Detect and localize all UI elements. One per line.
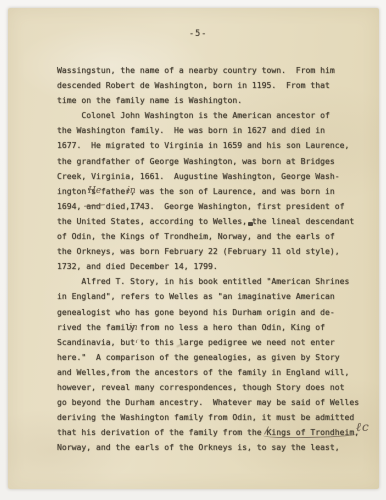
typed-line: 1732, and died December 14, 1799. [57, 259, 373, 274]
typed-text-block: Wassingstun, the name of a nearby countr… [57, 63, 373, 455]
typed-line: deriving the Washington family from Odin… [57, 410, 373, 425]
page-number: -5- [189, 29, 207, 39]
typed-line: Norway, and the earls of the Orkneys is,… [57, 440, 373, 455]
typed-line: the United States, according to Welles, … [57, 214, 373, 229]
typed-line: the grandfather of George Washington, wa… [57, 154, 373, 169]
handwritten-in-insertion-but: in [129, 324, 138, 333]
typed-line: Colonel John Washington is the American … [57, 108, 373, 123]
typed-line: the Orkneys, was born February 22 (Febru… [57, 244, 373, 259]
typed-line: genealogist who has gone beyond his Durh… [57, 305, 373, 320]
typed-line: and Welles,from the ancestors of the fam… [57, 365, 373, 380]
caret-mark-but [136, 339, 143, 343]
typed-line: here." A comparison of the genealogies, … [57, 350, 373, 365]
typed-line: the Washington family. He was born in 16… [57, 123, 373, 138]
caret-mark-1743 [133, 202, 140, 206]
typed-line: descended Robert de Washington, born in … [57, 78, 373, 93]
handwritten-he-correction: He [88, 187, 101, 196]
ink-blot-after-welles [248, 222, 253, 226]
typed-line: of Odin, the Kings of Trondheim, Norway,… [57, 229, 373, 244]
typed-line: 1677. He migrated to Virginia in 1659 an… [57, 138, 373, 153]
margin-lowercase-note: ℓc [356, 421, 370, 433]
scan-background: -5- Wassingstun, the name of a nearby co… [0, 0, 386, 500]
typed-line: Creek, Virginia, 1661. Augustine Washing… [57, 169, 373, 184]
typed-line: Scandinavia, but to this large pedigree … [57, 335, 373, 350]
typed-line: go beyond the Durham ancestry. Whatever … [57, 395, 373, 410]
typed-line: Wassingstun, the name of a nearby countr… [57, 63, 373, 78]
typed-line: however, reveal many correspondences, th… [57, 380, 373, 395]
typed-line: time on the family name is Washington. [57, 93, 373, 108]
document-page: -5- Wassingstun, the name of a nearby co… [8, 8, 379, 489]
typed-line: rived the family from no less a hero tha… [57, 320, 373, 335]
handwritten-in-insertion-1743: in [127, 187, 136, 196]
typed-line: 1694, and died,1743. George Washington, … [57, 199, 373, 214]
typed-line: Alfred T. Story, in his book entitled "A… [57, 274, 373, 289]
typed-line: ington's father, was the son of Laurence… [57, 184, 373, 199]
typed-line: in England", refers to Welles as "an ima… [57, 289, 373, 304]
